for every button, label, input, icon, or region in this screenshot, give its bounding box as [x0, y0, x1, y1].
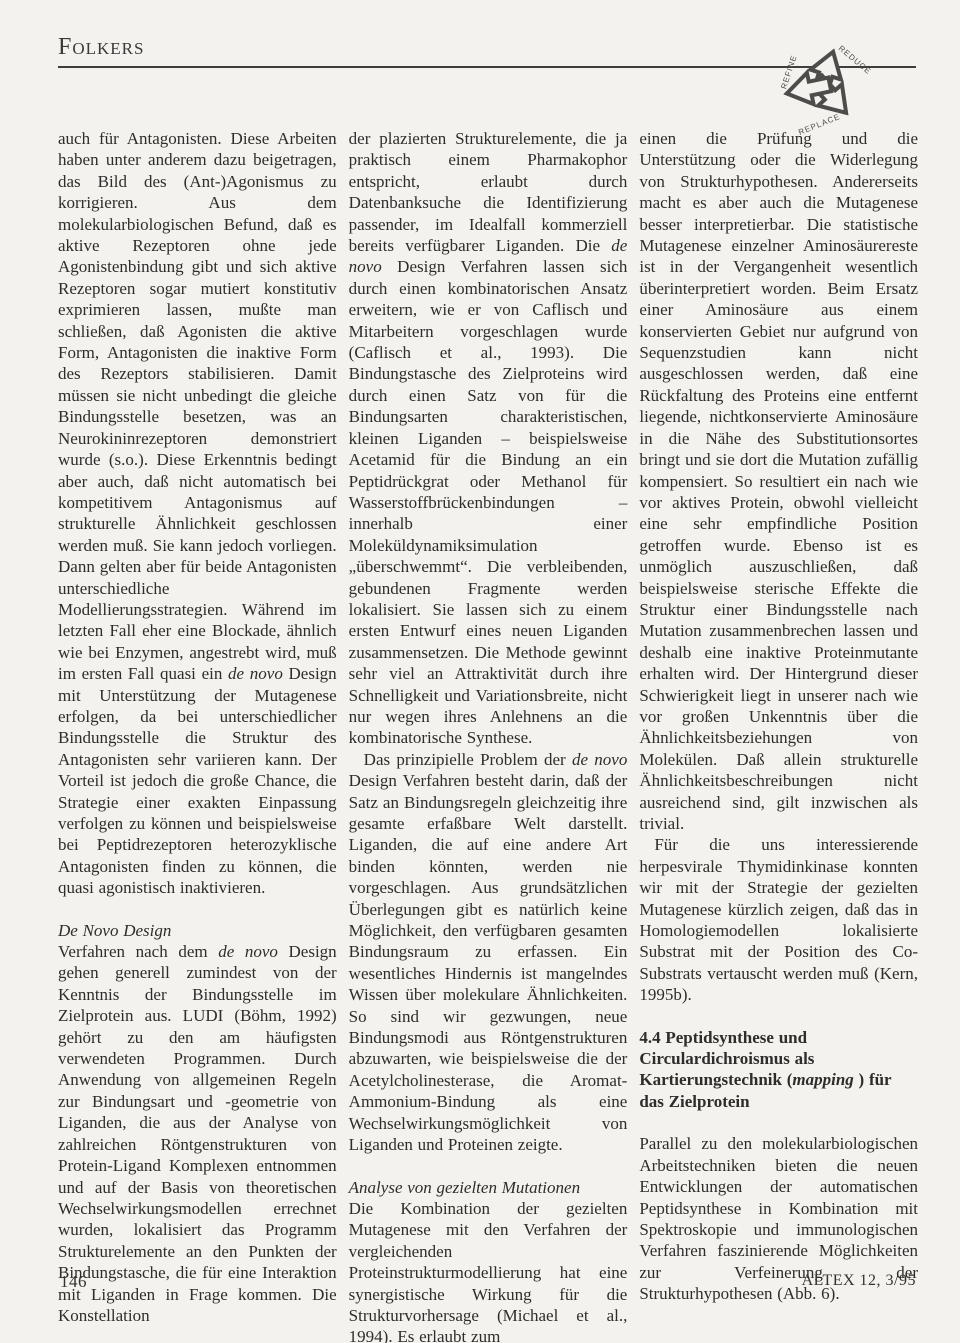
article-body: auch für Antagonisten. Diese Arbeiten ha…	[58, 128, 918, 1343]
journal-reference: ALTEX 12, 3/95	[802, 1272, 916, 1290]
paragraph: auch für Antagonisten. Diese Arbeiten ha…	[58, 128, 337, 899]
running-head-author: Folkers	[58, 34, 144, 61]
section-heading: De Novo Design	[58, 920, 337, 941]
scanned-page: Folkers REFINE REDUCE REPLACE auch für A…	[0, 0, 960, 1343]
section-heading: 4.4 Peptidsynthese und Circulardichroism…	[639, 1027, 918, 1113]
paragraph: einen die Prüfung und die Unterstützung …	[639, 128, 918, 834]
paragraph: Die Kombination der gezielten Mutagenese…	[349, 1198, 628, 1343]
paragraph: Das prinzipielle Problem der de novo Des…	[349, 749, 628, 1156]
paragraph: Verfahren nach dem de novo Design gehen …	[58, 941, 337, 1326]
logo-label-reduce: REDUCE	[837, 44, 872, 76]
page-number: 146	[60, 1272, 87, 1292]
text-column-3: einen die Prüfung und die Unterstützung …	[639, 128, 918, 1343]
paragraph: der plazierten Strukturelemente, die ja …	[349, 128, 628, 749]
text-column-1: auch für Antagonisten. Diese Arbeiten ha…	[58, 128, 337, 1343]
three-r-logo: REFINE REDUCE REPLACE	[772, 30, 872, 140]
section-heading: Analyse von gezielten Mutationen	[349, 1177, 628, 1198]
paragraph: Für die uns interessierende herpesvirale…	[639, 834, 918, 1005]
text-column-2: der plazierten Strukturelemente, die ja …	[349, 128, 628, 1343]
